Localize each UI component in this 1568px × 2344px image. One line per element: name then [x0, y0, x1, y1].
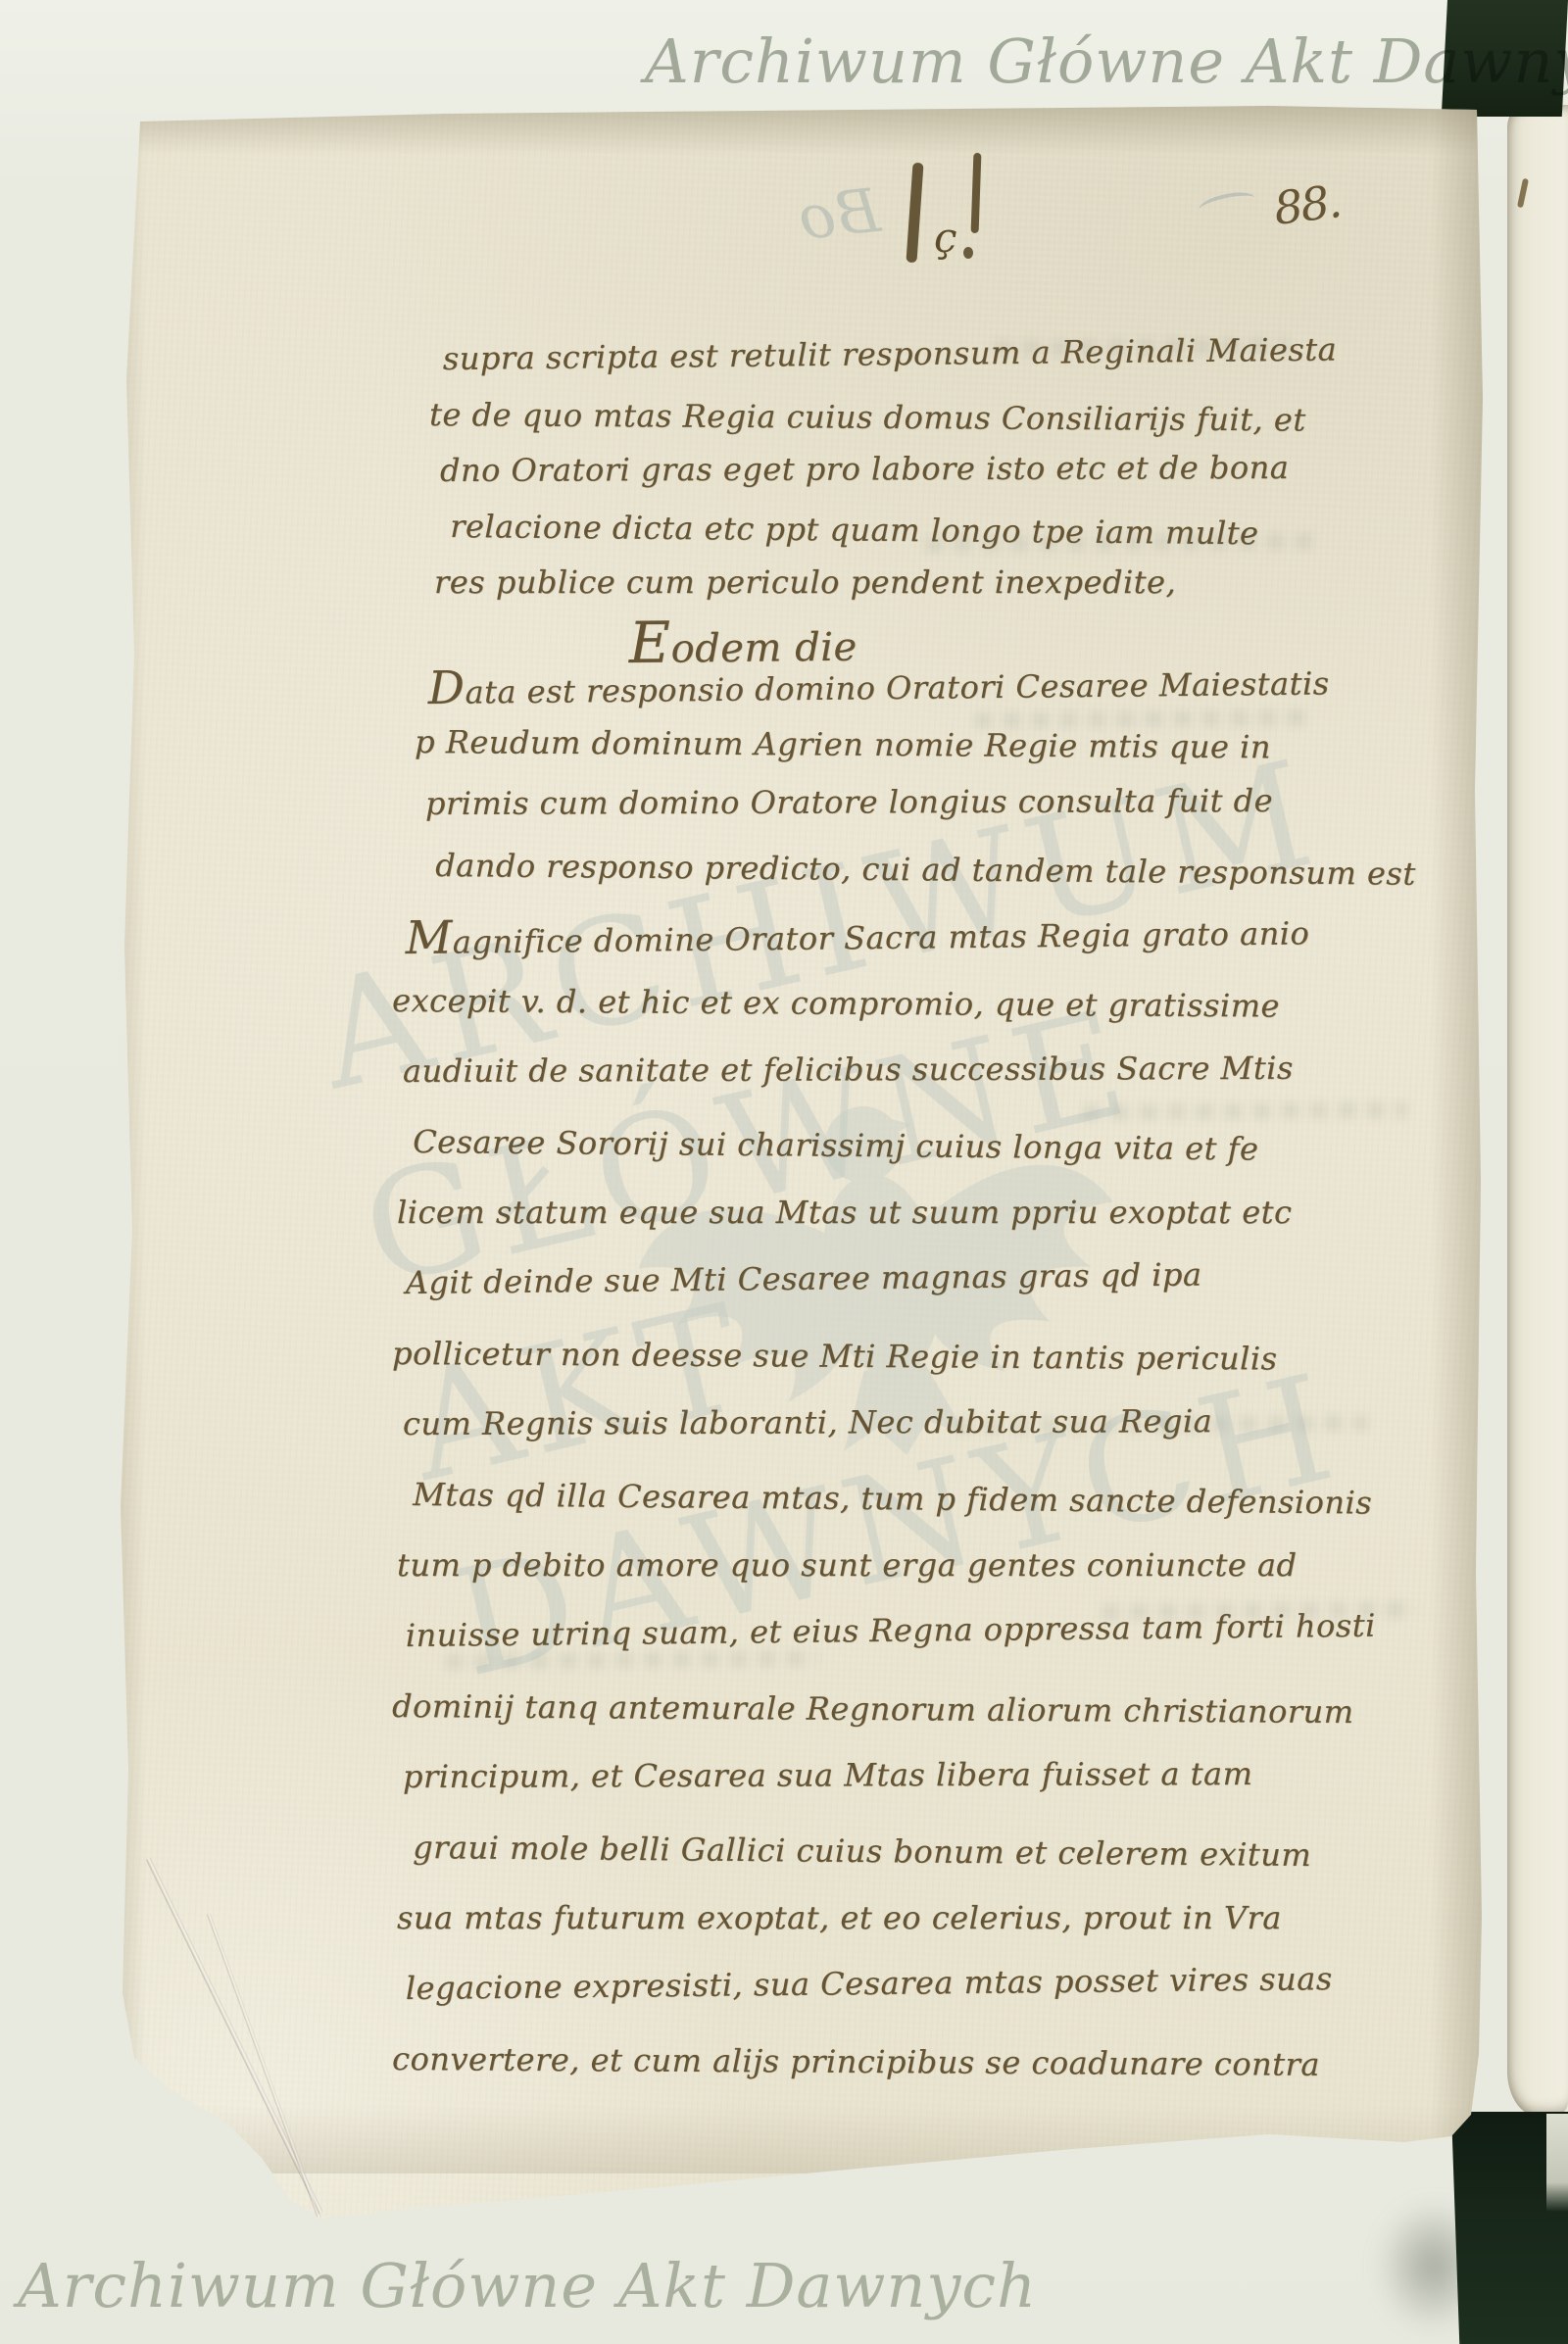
manuscript-line: tum p debito amore quo sunt erga gentes … — [397, 1546, 1297, 1584]
manuscript-line: legacione expresisti, sua Cesarea mtas p… — [406, 1960, 1333, 2007]
manuscript-line: Magnifice domine Orator Sacra mtas Regia… — [405, 902, 1309, 964]
manuscript-line: p Reudum dominum Agrien nomie Regie mtis… — [415, 723, 1271, 765]
scan-background: { "archive_watermark": { "text": "Archiw… — [0, 0, 1568, 2344]
manuscript-line: primis cum domino Oratore longius consul… — [425, 782, 1273, 822]
manuscript-line: principum, et Cesarea sua Mtas libera fu… — [403, 1755, 1253, 1795]
manuscript-line: relacione dicta etc ppt quam longo tpe i… — [450, 508, 1259, 552]
manuscript-line: inuisse utrinq suam, et eius Regna oppre… — [406, 1607, 1376, 1654]
manuscript-line: supra scripta est retulit responsum a Re… — [443, 330, 1338, 377]
book-spine-top — [1442, 0, 1568, 117]
manuscript-line: excepit v. d. et hic et ex compromio, qu… — [392, 982, 1280, 1025]
manuscript-line: audiuit de sanitate et felicibus success… — [403, 1050, 1294, 1090]
manuscript-line: res publice cum periculo pendent inexped… — [434, 563, 1176, 601]
watermark-text-top: Archiwum Główne Akt Dawnych — [645, 25, 1568, 97]
manuscript-text-layer: supra scripta est retulit responsum a Re… — [113, 104, 1487, 2232]
manuscript-line: Cesaree Sororij sui charissimj cuius lon… — [413, 1123, 1259, 1168]
manuscript-line: convertere, et cum alijs principibus se … — [392, 2040, 1320, 2083]
manuscript-line: Data est responsio domino Oratori Cesare… — [427, 652, 1329, 714]
manuscript-line: dno Oratori gras eget pro labore isto et… — [440, 449, 1289, 489]
manuscript-page: ARCHIWUM GŁÓWNE AKT DAWNYCH 88. ç Bo sup… — [113, 104, 1487, 2232]
manuscript-line: pollicetur non deesse sue Mti Regie in t… — [392, 1335, 1278, 1378]
manuscript-line: dominij tanq antemurale Regnorum aliorum… — [392, 1687, 1354, 1731]
manuscript-line: cum Regnis suis laboranti, Nec dubitat s… — [403, 1402, 1212, 1442]
manuscript-line: Mtas qd illa Cesarea mtas, tum p fidem s… — [413, 1476, 1372, 1522]
manuscript-line: Agit deinde sue Mti Cesaree magnas gras … — [406, 1255, 1202, 1301]
manuscript-line: licem statum eque sua Mtas ut suum ppriu… — [397, 1194, 1292, 1231]
manuscript-line: dando responso predicto, cui ad tandem t… — [435, 847, 1416, 893]
watermark-text-bottom: Archiwum Główne Akt Dawnych — [18, 2250, 1037, 2321]
facing-page-edge — [1507, 105, 1568, 2116]
page-stack-edge — [1546, 2114, 1568, 2212]
manuscript-line: te de quo mtas Regia cuius domus Consili… — [429, 396, 1306, 438]
manuscript-line: graui mole belli Gallici cuius bonum et … — [413, 1829, 1311, 1874]
manuscript-line: sua mtas futurum exoptat, et eo celerius… — [397, 1899, 1282, 1936]
